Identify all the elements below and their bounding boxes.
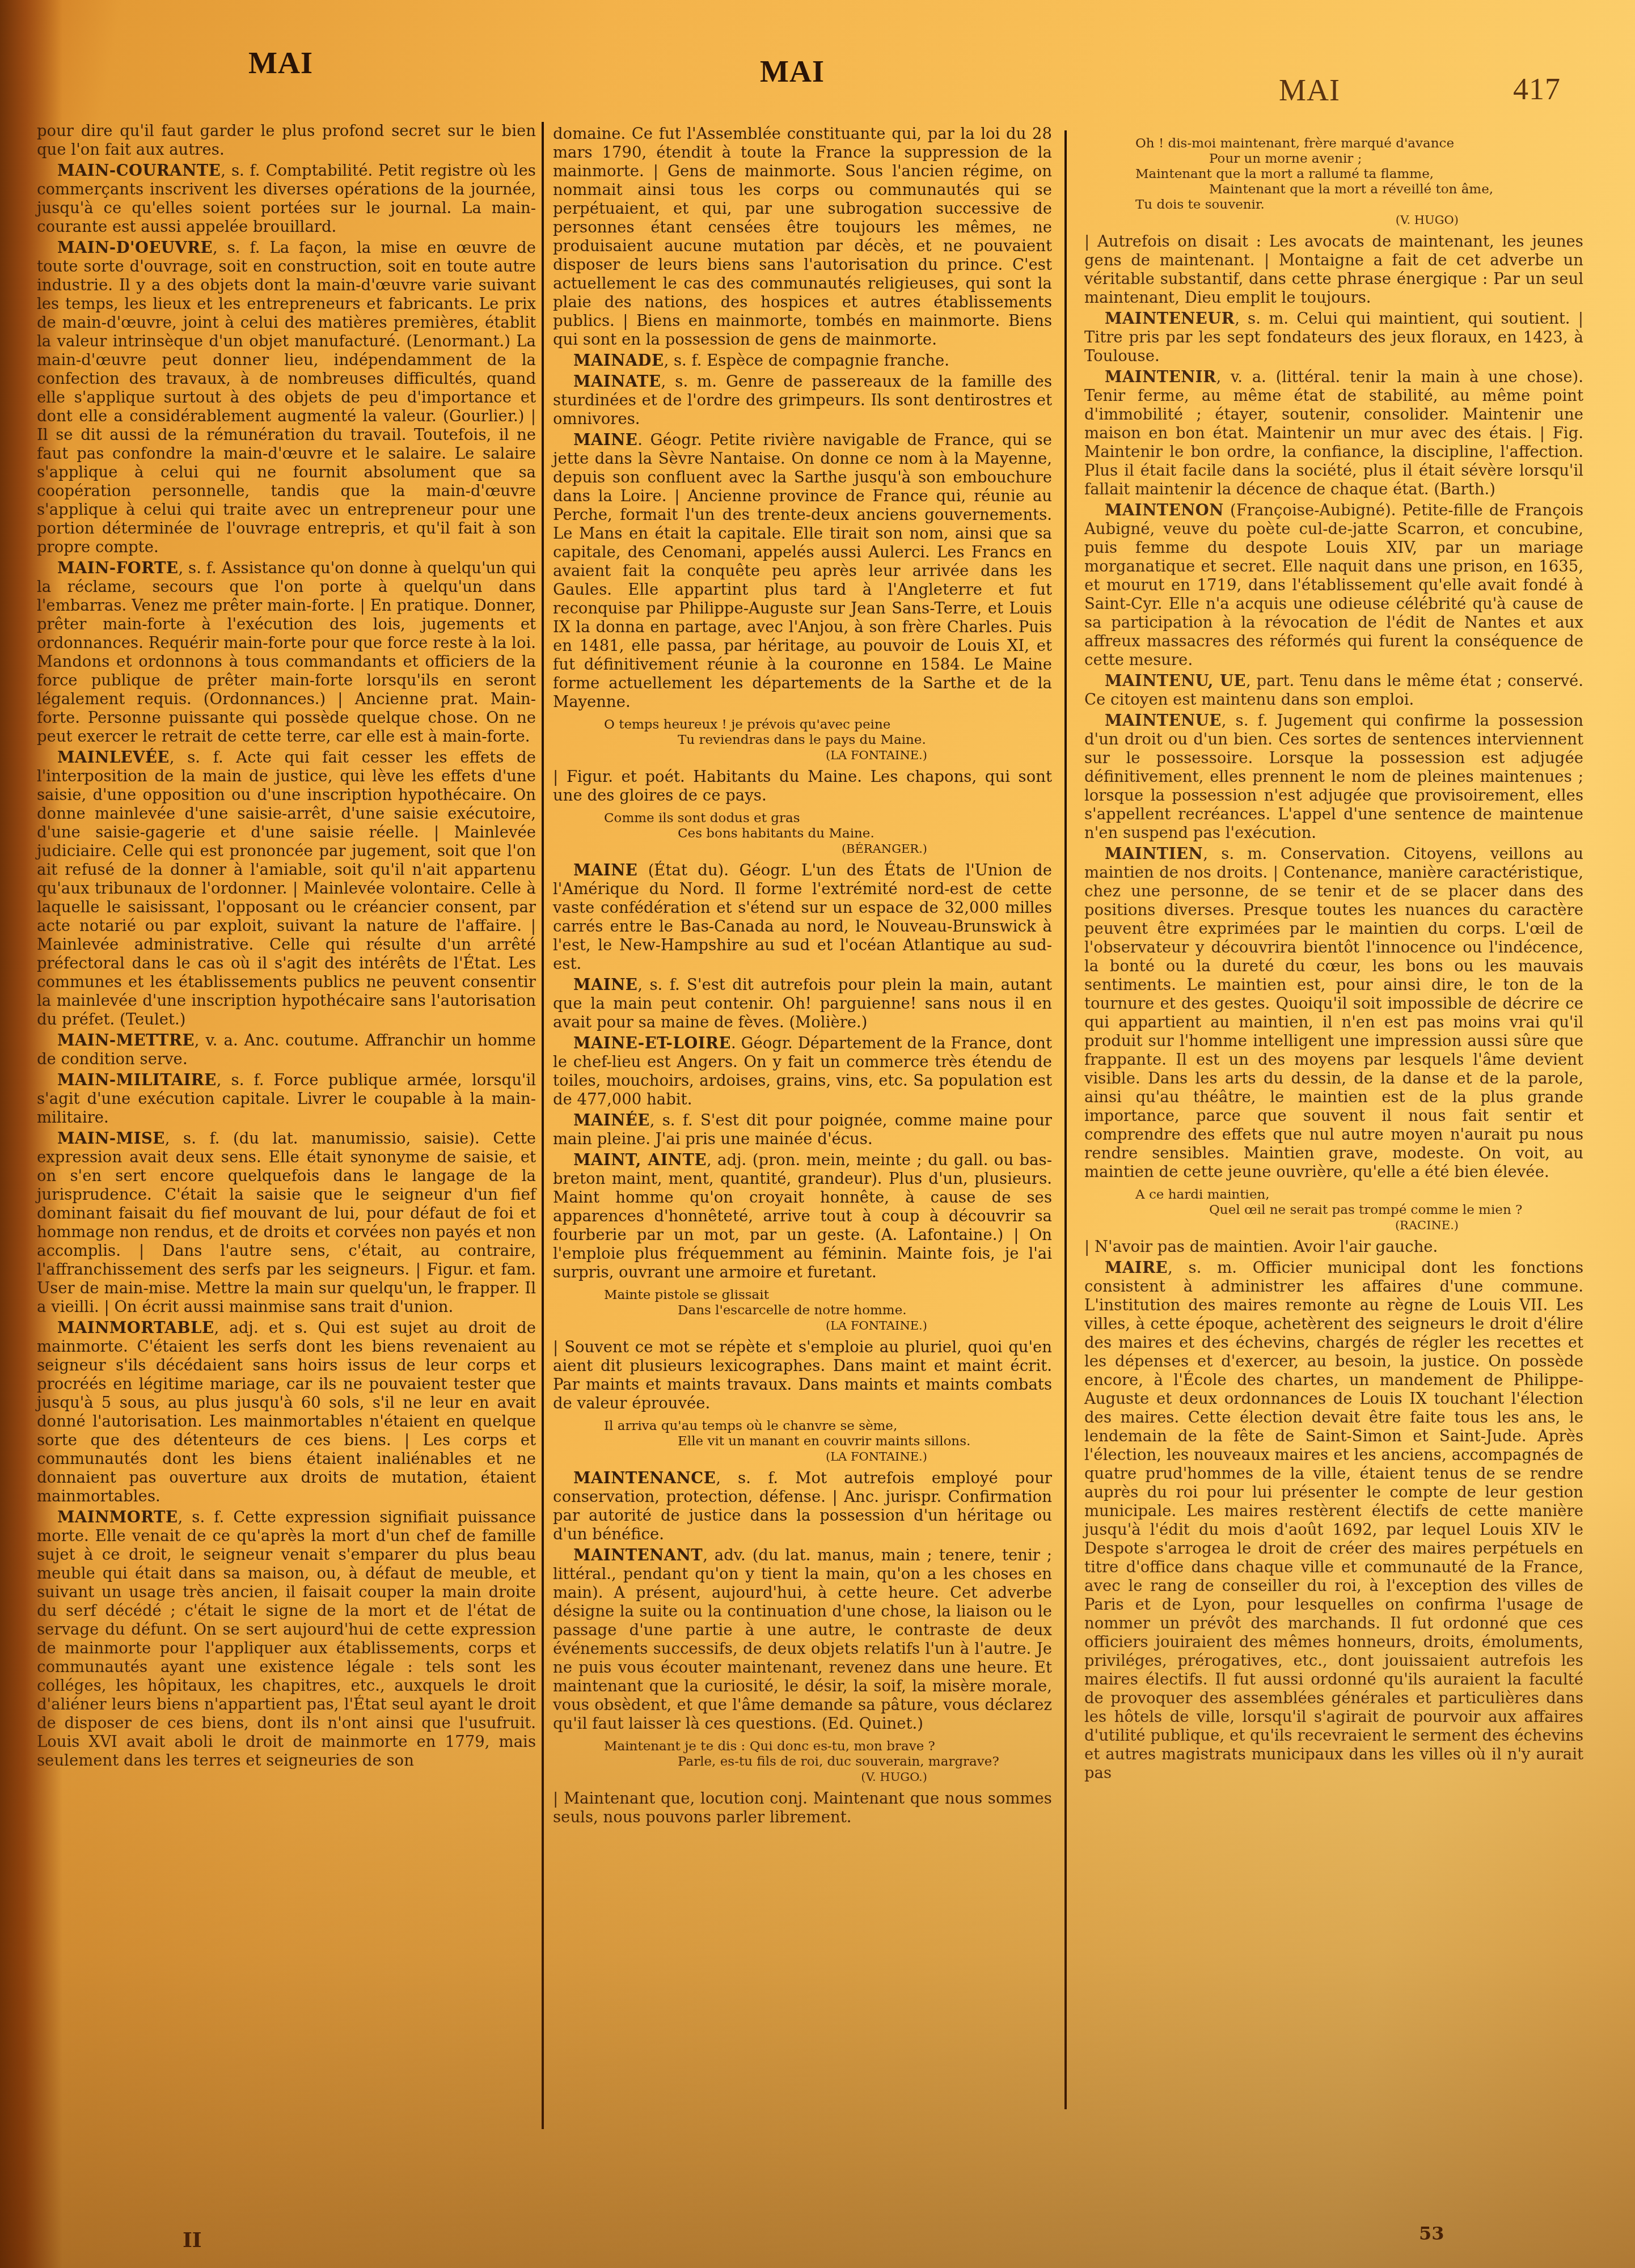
dictionary-entry: MAINÉE, s. f. S'est dit pour poignée, co… [553,1111,1052,1149]
entry-continuation: | Souvent ce mot se répète et s'emploie … [553,1338,1052,1413]
verse-source: (LA FONTAINE.) [553,1318,1052,1334]
entry-headword: MAINE [573,976,637,994]
entry-text: , s. m. Conservation. Citoyens, veillons… [1084,845,1583,1181]
entry-text: , adj. et s. Qui est sujet au droit de m… [37,1319,536,1505]
verse-quotation: Oh ! dis-moi maintenant, frère marqué d'… [1084,136,1583,228]
running-head-left: MAI [248,45,313,81]
entry-headword: MAINMORTABLE [57,1319,214,1337]
verse-line: Maintenant que la mort a rallumé ta flam… [1084,167,1583,182]
dictionary-entry: MAINMORTABLE, adj. et s. Qui est sujet a… [37,1319,536,1506]
entry-headword: MAIN-FORTE [57,559,178,577]
entry-text: , adj. (pron. mein, meinte ; du gall. ou… [553,1151,1052,1281]
entry-text: , s. f. Acte qui fait cesser les effets … [37,748,536,1029]
folio-mark: 53 [1419,2223,1444,2244]
dictionary-entry: MAINT, AINTE, adj. (pron. mein, meinte ;… [553,1151,1052,1282]
dictionary-entry: MAINADE, s. f. Espèce de compagnie franc… [553,352,1052,370]
entry-text: | Maintenant que, locution conj. Mainten… [553,1789,1052,1826]
entry-text: pour dire qu'il faut garder le plus prof… [37,122,536,159]
verse-quotation: O temps heureux ! je prévois qu'avec pei… [553,717,1052,763]
entry-text: , s. m. Officier municipal dont les fonc… [1084,1259,1583,1782]
dictionary-entry: MAIRE, s. m. Officier municipal dont les… [1084,1259,1583,1783]
verse-source: (RACINE.) [1084,1218,1583,1233]
verse-source: (V. HUGO) [1084,213,1583,228]
entry-headword: MAINT, AINTE [573,1151,707,1169]
dictionary-entry: MAINTENIR, v. a. (littéral. tenir la mai… [1084,368,1583,499]
verse-line: Pour un morne avenir ; [1084,151,1583,167]
entry-continuation: pour dire qu'il faut garder le plus prof… [37,122,536,159]
entry-text: . Géogr. Petite rivière navigable de Fra… [553,431,1052,711]
entry-headword: MAINTENEUR [1105,310,1235,328]
running-head-right: MAI [1279,73,1340,108]
verse-source: (LA FONTAINE.) [553,748,1052,763]
dictionary-entry: MAIN-D'OEUVRE, s. f. La façon, la mise e… [37,239,536,557]
column-rule-2 [1064,130,1067,2109]
entry-headword: MAINTENUE [1105,712,1222,730]
entry-headword: MAINÉE [573,1111,650,1129]
dictionary-entry: MAIN-MILITAIRE, s. f. Force publique arm… [37,1071,536,1127]
column-1: pour dire qu'il faut garder le plus prof… [37,122,536,1772]
verse-line: Dans l'escarcelle de notre homme. [553,1303,1052,1318]
dictionary-entry: MAINTENU, UE, part. Tenu dans le même ét… [1084,672,1583,709]
entry-headword: MAINADE [573,352,664,370]
entry-headword: MAINTIEN [1105,845,1203,863]
dictionary-entry: MAINE, s. f. S'est dit autrefois pour pl… [553,976,1052,1032]
dictionary-entry: MAINTENEUR, s. m. Celui qui maintient, q… [1084,310,1583,366]
dictionary-entry: MAINTENANCE, s. f. Mot autrefois employé… [553,1469,1052,1544]
entry-headword: MAINTENON [1105,501,1224,519]
verse-quotation: Mainte pistole se glissaitDans l'escarce… [553,1288,1052,1334]
entry-headword: MAIN-MISE [57,1129,165,1148]
verse-quotation: Il arriva qu'au temps où le chanvre se s… [553,1419,1052,1465]
verse-line: Il arriva qu'au temps où le chanvre se s… [553,1419,1052,1434]
entry-headword: MAINTENANCE [573,1469,716,1487]
dictionary-entry: MAINTIEN, s. m. Conservation. Citoyens, … [1084,845,1583,1182]
page-number: 417 [1513,71,1561,107]
entry-headword: MAINTENANT [573,1546,703,1564]
dictionary-entry: MAINLEVÉE, s. f. Acte qui fait cesser le… [37,748,536,1029]
entry-text: (Françoise-Aubigné). Petite-fille de Fra… [1084,501,1583,669]
dictionary-entry: MAINMORTE, s. f. Cette expression signif… [37,1508,536,1770]
dictionary-entry: MAIN-COURANTE, s. f. Comptabilité. Petit… [37,162,536,236]
verse-source: (BÉRANGER.) [553,841,1052,857]
column-2: domaine. Ce fut l'Assemblée constituante… [553,125,1052,1829]
entry-continuation: | N'avoir pas de maintien. Avoir l'air g… [1084,1238,1583,1256]
entry-headword: MAINMORTE [57,1508,178,1526]
dictionary-entry: MAIN-MISE, s. f. (du lat. manumissio, sa… [37,1129,536,1317]
entry-headword: MAINLEVÉE [57,748,170,767]
entry-text: | Figur. et poét. Habitants du Maine. Le… [553,768,1052,805]
dictionary-entry: MAIN-FORTE, s. f. Assistance qu'on donne… [37,559,536,746]
dictionary-entry: MAINTENON (Françoise-Aubigné). Petite-fi… [1084,501,1583,670]
entry-headword: MAINTENU, UE [1105,672,1246,690]
entry-headword: MAINE [573,861,637,879]
signature-mark: II [183,2228,202,2252]
entry-text: , s. f. La façon, la mise en œuvre de to… [37,239,536,556]
verse-line: O temps heureux ! je prévois qu'avec pei… [553,717,1052,733]
entry-headword: MAIRE [1105,1259,1168,1277]
dictionary-entry: MAINE (État du). Géogr. L'un des États d… [553,861,1052,974]
verse-line: Maintenant que la mort a réveillé ton âm… [1084,182,1583,197]
entry-text: , s. f. Assistance qu'on donne à quelqu'… [37,559,536,746]
entry-headword: MAIN-METTRE [57,1031,195,1050]
verse-quotation: A ce hardi maintien,Quel œil ne serait p… [1084,1187,1583,1233]
entry-headword: MAINATE [573,373,661,391]
entry-headword: MAIN-MILITAIRE [57,1071,217,1089]
column-rule-1 [542,122,544,2129]
entry-continuation: domaine. Ce fut l'Assemblée constituante… [553,125,1052,349]
verse-line: A ce hardi maintien, [1084,1187,1583,1203]
verse-line: Oh ! dis-moi maintenant, frère marqué d'… [1084,136,1583,151]
entry-text: , s. f. Cette expression signifiait puis… [37,1508,536,1770]
entry-text: , s. f. Espèce de compagnie franche. [664,352,949,370]
entry-text: , adv. (du lat. manus, main ; tenere, te… [553,1546,1052,1733]
entry-text: , v. a. (littéral. tenir la main à une c… [1084,368,1583,498]
entry-headword: MAIN-D'OEUVRE [57,239,213,257]
dictionary-entry: MAINE-ET-LOIRE. Géogr. Département de la… [553,1034,1052,1109]
dictionary-entry: MAINTENANT, adv. (du lat. manus, main ; … [553,1546,1052,1733]
entry-text: | Souvent ce mot se répète et s'emploie … [553,1338,1052,1412]
running-head-center: MAI [760,54,825,89]
dictionary-entry: MAINTENUE, s. f. Jugement qui confirme l… [1084,712,1583,843]
entry-text: | N'avoir pas de maintien. Avoir l'air g… [1084,1238,1438,1256]
dictionary-entry: MAINATE, s. m. Genre de passereaux de la… [553,373,1052,429]
entry-text: | Autrefois on disait : Les avocats de m… [1084,232,1583,307]
dictionary-entry: MAIN-METTRE, v. a. Anc. coutume. Affranc… [37,1031,536,1069]
entry-headword: MAINE [573,431,637,449]
dictionary-entry: MAINE. Géogr. Petite rivière navigable d… [553,431,1052,712]
entry-text: domaine. Ce fut l'Assemblée constituante… [553,125,1052,349]
verse-line: Parle, es-tu fils de roi, duc souverain,… [553,1754,1052,1770]
verse-line: Tu reviendras dans le pays du Maine. [553,733,1052,748]
verse-line: Tu dois te souvenir. [1084,197,1583,213]
entry-headword: MAINTENIR [1105,368,1216,386]
verse-line: Quel œil ne serait pas trompé comme le m… [1084,1203,1583,1218]
entry-headword: MAINE-ET-LOIRE [573,1034,731,1052]
verse-source: (LA FONTAINE.) [553,1449,1052,1465]
verse-quotation: Comme ils sont dodus et grasCes bons hab… [553,811,1052,857]
verse-line: Elle vit un manant en couvrir maints sil… [553,1434,1052,1449]
entry-headword: MAIN-COURANTE [57,162,221,180]
verse-line: Ces bons habitants du Maine. [553,826,1052,841]
verse-source: (V. HUGO.) [553,1770,1052,1785]
entry-text: , s. f. (du lat. manumissio, saisie). Ce… [37,1129,536,1316]
verse-line: Comme ils sont dodus et gras [553,811,1052,826]
entry-continuation: | Autrefois on disait : Les avocats de m… [1084,232,1583,307]
entry-continuation: | Figur. et poét. Habitants du Maine. Le… [553,768,1052,805]
verse-quotation: Maintenant je te dis : Qui donc es-tu, m… [553,1739,1052,1785]
entry-continuation: | Maintenant que, locution conj. Mainten… [553,1789,1052,1827]
verse-line: Mainte pistole se glissait [553,1288,1052,1303]
column-3: Oh ! dis-moi maintenant, frère marqué d'… [1084,130,1583,1785]
verse-line: Maintenant je te dis : Qui donc es-tu, m… [553,1739,1052,1754]
entry-text: , s. f. Jugement qui confirme la possess… [1084,712,1583,842]
